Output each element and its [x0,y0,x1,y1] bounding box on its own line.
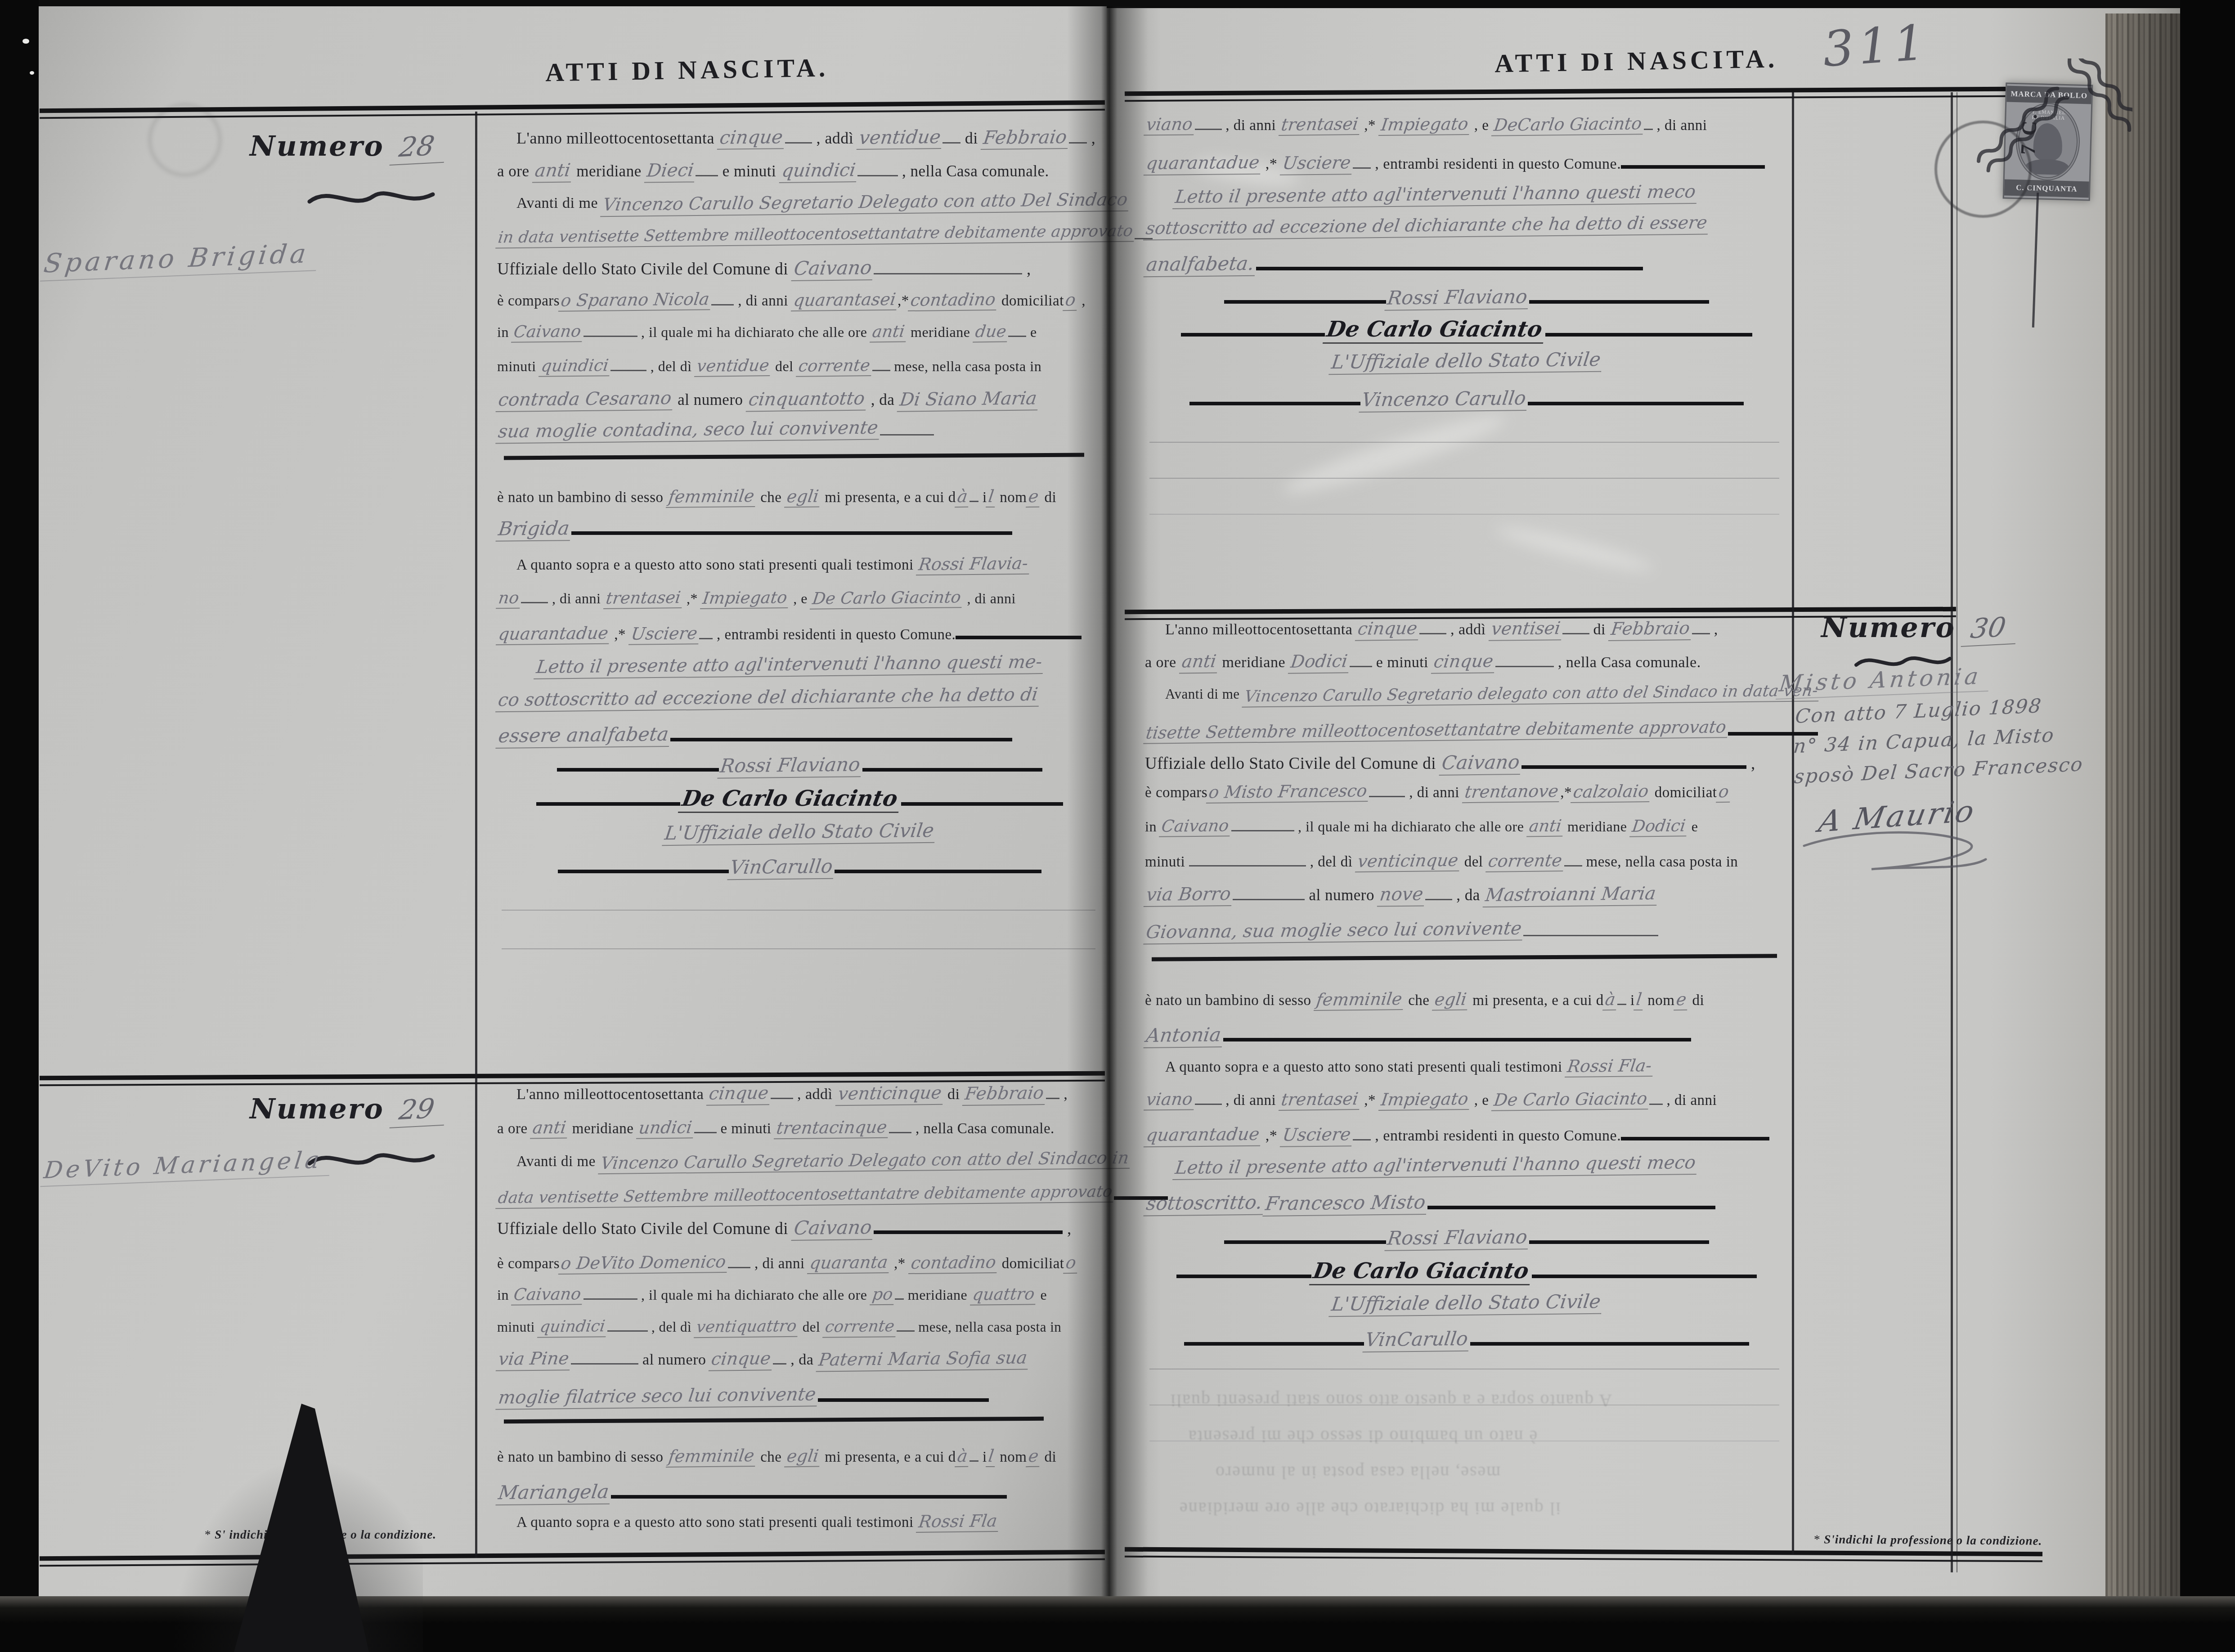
act-line: via Pine al numero cinque , da Paterni M… [497,1349,1102,1371]
signature-line: De Carlo Giacinto [1145,317,1788,344]
act-line: A quanto sopra e a questo atto sono stat… [516,554,1104,575]
signature-line: VinCarullo [1145,1326,1788,1352]
blank-rule [502,910,1095,911]
act-line: è comparso Sparano Nicola , di anni quar… [497,290,1102,311]
blank-rule [1149,1369,1779,1369]
act-line: analfabeta. [1145,251,1788,277]
act-line: Letto il presente atto agl'intervenuti l… [1174,184,1786,206]
signature-line: Rossi Flaviano [497,752,1102,778]
act-line: in Caivano , il quale mi ha dichiarato c… [1145,817,1788,837]
margin-column-rule-right [1792,92,1794,1554]
register-scan: ATTI DI NASCITA. ATTI DI NASCITA. 311 Nu… [0,0,2235,1652]
act-line: sottoscritto ad eccezione del dichiarant… [1145,216,1788,238]
act-line: Mariangela [497,1479,1102,1505]
scan-border-left [0,0,39,1652]
act-line: è comparso DeVito Domenico , di anni qua… [497,1253,1102,1274]
page-number-annotation: 311 [1821,14,1931,78]
act-line: è nato un bambino di sesso femminile che… [497,1446,1102,1468]
act-line: Letto il presente atto agl'intervenuti l… [1174,1155,1786,1177]
act-line: Antonia [1145,1022,1788,1048]
footnote: * S'indichi la professione o la condizio… [1814,1532,2042,1548]
signature-line: Rossi Flaviano [1145,1225,1788,1250]
act-line: in Caivano , il quale mi ha dichiarato c… [497,1285,1102,1305]
act-line: via Borro al numero nove , da Mastroiann… [1145,884,1788,907]
act-line: Uffiziale dello Stato Civile del Comune … [1145,750,1788,775]
blank-rule [1149,478,1779,479]
signature-line: Rossi Flaviano [1145,284,1788,310]
signature-line: L'Uffiziale dello Stato Civile [497,821,1102,844]
dust-speck [22,39,29,44]
footnote-text: S'indichi la professione o la condizione… [1824,1532,2042,1547]
blank-rule [502,948,1095,949]
act-line: no , di anni trentasei ,* Impiegato , e … [497,588,1102,609]
act-line: in Caivano , il quale mi ha dichiarato c… [497,322,1102,342]
act-line: L'anno milleottocentosettanta cinque , a… [516,127,1104,149]
numero-label: Numero [250,130,384,162]
act-line: minuti quindici , del dì ventiquattro de… [497,1317,1102,1338]
act-line: Giovanna, sua moglie seco lui convivente [1145,920,1788,943]
act-line: minuti , del dì venticinque del corrente… [1145,851,1788,872]
act-line: Letto il presente atto agl'intervenuti l… [535,655,1102,677]
numero-label: Numero [250,1092,384,1125]
act-line: moglie filatrice seco lui convivente [497,1383,1102,1408]
act-line: Avanti di me Vincenzo Carullo Segretario… [516,193,1104,214]
page-title-left: ATTI DI NASCITA. [545,53,829,88]
signature-line: De Carlo Giacinto [1145,1259,1788,1285]
act-line: a ore anti meridiane Dieci e minuti quin… [497,160,1102,183]
scan-border-top [0,0,2235,6]
numero-value: 29 [389,1092,449,1128]
act-line: minuti quindici , del dì ventidue del co… [497,356,1102,377]
bleedthrough-text: A quanto sopra e a questo atto sono stat… [1170,1390,1612,1411]
act-line: L'anno milleottocentosettanta cinque , a… [516,1083,1104,1105]
act-line: a ore anti meridiane Dodici e minuti cin… [1145,651,1788,673]
numero-value: 28 [389,130,449,166]
act-line: è nato un bambino di sesso femminile che… [497,487,1102,508]
act-line: è nato un bambino di sesso femminile che… [1145,990,1788,1011]
act-line: quarantadue ,* Usciere , entrambi reside… [1145,151,1788,175]
page-title-right: ATTI DI NASCITA. [1494,44,1778,79]
numero-value: 30 [1961,611,2020,647]
act-line: quarantadue ,* Usciere , entrambi reside… [497,622,1102,645]
right-page-paper [1107,8,2183,1602]
act-line: sua moglie contadina, seco lui convivent… [497,419,1102,442]
act-line: sottoscritto. Francesco Misto [1145,1190,1788,1216]
act-line: in data ventisette Settembre milleottoce… [497,225,1102,245]
center-fold-shadow [1067,0,1148,1652]
act-line: contrada Cesarano al numero cinquantotto… [497,389,1102,411]
scan-border-right [2180,0,2235,1652]
margin-numero-28: Numero28 [250,130,446,164]
bleedthrough-text: mese, nella casa posta in al numero [1215,1462,1500,1483]
signature-flourish-icon [1795,828,1988,886]
act-line: quarantadue ,* Usciere , entrambi reside… [1145,1122,1788,1147]
dust-speck [30,71,34,75]
bleedthrough-text: è nato un bambino di sesso che mi presen… [1188,1426,1537,1447]
act-line: L'anno milleottocentosettanta cinque , a… [1165,619,1791,641]
act-line: Uffiziale dello Stato Civile del Comune … [497,1215,1102,1240]
blank-rule [1149,1441,1779,1441]
act-line: Brigida [497,516,1102,541]
act-line: A quanto sopra e a questo atto sono stat… [1165,1056,1791,1077]
act-line: viano , di anni trentasei ,* Impiegato ,… [1145,1090,1788,1111]
act-line: essere analfabeta [497,722,1102,748]
act-line: co sottoscritto ad eccezione del dichiar… [497,687,1102,709]
act-line: è comparso Misto Francesco , di anni tre… [1145,782,1788,803]
act-line: Avanti di me Vincenzo Carullo Segretario… [1165,685,1791,705]
margin-column-rule-left [475,112,477,1558]
act-line: Uffiziale dello Stato Civile del Comune … [497,257,1102,281]
numero-label: Numero [1821,611,1956,644]
act-line: data ventisette Settembre milleottocento… [497,1183,1102,1206]
blank-rule [1149,442,1779,443]
act-line: viano , di anni trentasei ,* Impiegato ,… [1145,115,1788,136]
b leedthrough-text: il quale mi ha dichiarato che alle ore m… [1179,1498,1561,1519]
footnote-mark: * [1814,1532,1821,1546]
signature-line: Vincenzo Carullo [1145,386,1788,412]
signature-line: L'Uffiziale dello Stato Civile [1145,1292,1788,1315]
act-line: Avanti di me Vincenzo Carullo Segretario… [516,1151,1104,1172]
cancellation-squiggle-icon [1970,58,2132,229]
signature-line: VinCarullo [497,854,1102,880]
blank-rule [1149,514,1779,515]
margin-numero-29: Numero29 [250,1092,446,1127]
flourish-icon [306,188,436,209]
act-line: tisette Settembre milleottocentosettanta… [1145,718,1788,741]
act-line: A quanto sopra e a questo atto sono stat… [516,1512,1104,1532]
signature-line: L'Uffiziale dello Stato Civile [1145,350,1788,373]
signature-line: De Carlo Giacinto [497,786,1102,813]
blank-rule [1149,1405,1779,1405]
act-line: a ore anti meridiane undici e minuti tre… [497,1118,1102,1139]
book-page-edges [2105,13,2182,1629]
margin-numero-30: Numero30 [1821,611,2018,646]
